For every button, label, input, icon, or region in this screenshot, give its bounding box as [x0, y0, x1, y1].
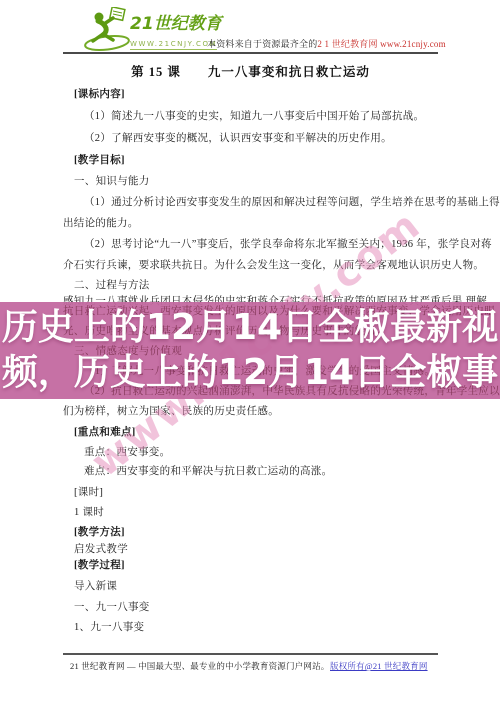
overlay-banner: 抗日救亡运动兴起、西安事变发生的原因以及为什么要和平解决西安事变，学会运用历史眼…: [0, 302, 500, 399]
overlay-headline-line1: 历史上的12月14日全椒最新视: [0, 305, 500, 350]
doc-line: 二、过程与方法: [63, 277, 494, 292]
doc-line: [教学过程]: [63, 557, 494, 572]
lesson-title: 第 15 课 九一八事变和抗日救亡运动: [63, 62, 438, 80]
doc-line: [重点和难点]: [63, 424, 494, 439]
doc-line: 1 课时: [63, 504, 494, 519]
doc-line: 介石实行兵谏，要求联共抗日。为什么会发生这一变化，从而学会客观地认识历史人物。: [63, 257, 483, 272]
doc-line: 难点：西安事变的和平解决与抗日救亡运动的高涨。: [63, 463, 500, 478]
footer-divider: [63, 653, 438, 655]
copyright-link[interactable]: 版权所有@21 世纪教育网: [330, 660, 428, 672]
overlay-headline: 历史上的12月14日全椒最新视 频，历史上的12月14日全椒事: [0, 305, 500, 395]
doc-line: （2）了解西安事变的概况，认识西安事变和平解决的历史作用。: [63, 130, 500, 145]
doc-line: 出结论的能力。: [63, 215, 483, 230]
doc-line: 们为榜样，树立为国家、民族的历史责任感。: [63, 403, 483, 418]
header-note-prefix: 本资料来自于资源最齐全的: [207, 39, 317, 49]
doc-line: （2）思考讨论“九一八”事变后，张学良奉命将东北军撤至关内；1936 年，张学良…: [63, 236, 500, 251]
doc-line: [课标内容]: [63, 86, 494, 101]
footer-slogan: 21 世纪教育网 — 中国最大型、最专业的中小学教育资源门户网站。: [70, 660, 329, 672]
doc-line: [课时]: [63, 484, 494, 499]
doc-line: （1）通过分析讨论西安事变发生的原因和解决过程等问题，学生培养在思考的基础上得: [63, 194, 500, 209]
overlay-headline-line2: 频，历史上的12月14日全椒事: [0, 350, 500, 395]
document-page: 21世纪教育 www.21cnjy.com 本资料来自于资源最齐全的2 1 世纪…: [0, 0, 500, 707]
doc-line: [教学方法]: [63, 524, 494, 539]
doc-line: 1、九一八事变: [63, 619, 494, 634]
doc-line: （1）简述九一八事变的史实，知道九一八事变后中国开始了局部抗战。: [63, 108, 500, 123]
doc-line: [教学目标]: [63, 152, 494, 167]
doc-line: 重点：西安事变。: [63, 444, 500, 459]
header-note-url: www.21cnjy.com: [380, 39, 446, 49]
logo-brand-text: 21世纪教育: [130, 16, 222, 33]
header-note-site: 2 1 世纪教育网: [317, 39, 377, 49]
doc-line: 启发式教学: [63, 541, 494, 556]
site-logo: 21世纪教育 www.21cnjy.com: [82, 7, 222, 53]
runner-icon: [82, 7, 132, 53]
header-note: 本资料来自于资源最齐全的2 1 世纪教育网 www.21cnjy.com: [207, 37, 446, 50]
doc-line: 一、九一八事变: [63, 599, 494, 614]
doc-line: 一、知识与能力: [63, 173, 494, 188]
doc-line: 导入新课: [63, 578, 494, 593]
logo-url-text: www.21cnjy.com: [130, 40, 217, 50]
